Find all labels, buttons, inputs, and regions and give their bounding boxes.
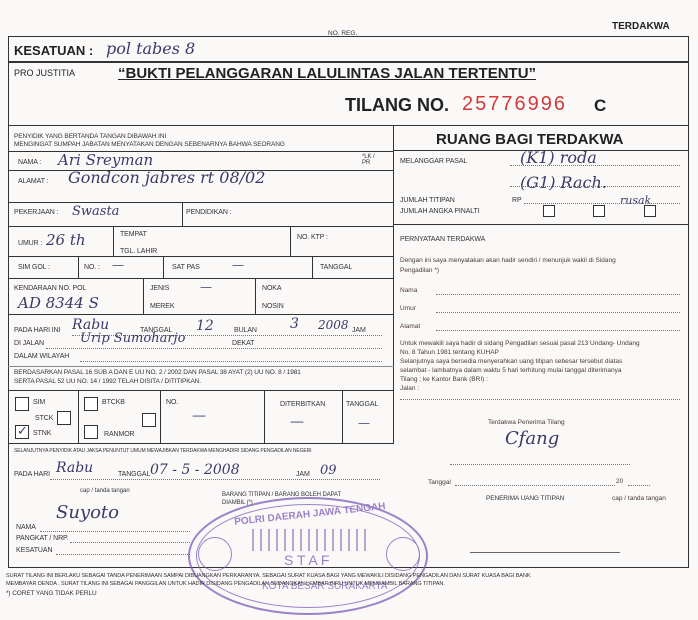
sim-no-value: — — [112, 258, 124, 272]
stamp-center-text: S T A F — [284, 552, 329, 568]
divider — [8, 61, 689, 63]
document-title: “BUKTI PELANGGARAN LALULINTAS JALAN TERT… — [118, 65, 536, 82]
wilayah-label: DALAM WILAYAH — [14, 353, 69, 360]
tanggal-label-right: Tanggal — [428, 478, 451, 487]
pro-justitia: PRO JUSTITIA — [14, 68, 75, 78]
rep-umur-label: Umur — [400, 304, 416, 313]
divider — [290, 226, 291, 256]
terdakwa-signature: Cfang — [505, 428, 559, 449]
stnk-checkbox[interactable]: ✓ — [15, 425, 29, 439]
para-line-1: Untuk mewakili saya hadir di sidang Peng… — [400, 339, 640, 348]
extra-checkbox[interactable] — [142, 413, 156, 427]
stck-checkbox[interactable] — [57, 411, 71, 425]
copy-label: TERDAKWA — [612, 21, 670, 32]
divider — [113, 226, 114, 256]
tilang-suffix: C — [594, 96, 606, 116]
stck-item-label: STCK — [35, 415, 53, 422]
titipan-line — [524, 203, 680, 204]
kendaraan-value: AD 8344 S — [18, 294, 99, 312]
sim-no-label: NO. : — [84, 264, 100, 271]
jalan-value: Urip Sumoharjo — [80, 331, 185, 346]
melanggar-value-2: (G1) Rach. — [520, 173, 607, 192]
satpas-value: — — [232, 258, 244, 272]
kesatuan-line — [56, 554, 190, 555]
sidang-tanggal-label: TANGGAL — [118, 471, 150, 478]
jumlah-titipan-label: JUMLAH TITIPAN — [400, 197, 455, 204]
kesatuan-value: pol tabes 8 — [106, 39, 195, 58]
para-line-2: No. 8 Tahun 1981 tentang KUHAP — [400, 348, 499, 357]
merek-label: MEREK — [150, 303, 174, 310]
pasal-line — [510, 186, 680, 187]
footer-note: *) CORET YANG TIDAK PERLU — [6, 590, 97, 597]
no-ktp-label: NO. KTP : — [297, 234, 328, 241]
tgl-lahir-label: TGL. LAHIR — [120, 248, 157, 255]
seized-tanggal-value: — — [358, 416, 370, 430]
cap-label: cap / tanda tangan — [80, 488, 130, 494]
seized-tanggal-label: TANGGAL — [346, 401, 378, 408]
rp-label: Rp — [512, 197, 522, 204]
bulan-value: 3 — [290, 316, 299, 332]
pangkat-label: PANGKAT / NRP. — [16, 535, 69, 542]
divider — [8, 202, 394, 203]
officer-signature: Suyoto — [56, 502, 119, 523]
tahun-value: 2008 — [318, 318, 349, 332]
stamp-bridge-icon — [252, 529, 368, 551]
sidang-tanggal-value: 07 - 5 - 2008 — [150, 462, 240, 478]
kesatuan-label: KESATUAN : — [14, 43, 93, 58]
tempat-label: TEMPAT — [120, 231, 147, 238]
oath-line-1: PENYIDIK YANG BERTANDA TANGAN DIBAWAH IN… — [14, 133, 166, 140]
pasal-line — [510, 165, 680, 166]
signature-line — [450, 464, 630, 465]
jalan-label-right: Jalan : — [400, 384, 419, 393]
tilang-label: TILANG NO. — [345, 95, 449, 116]
sim-label: SIM GOL : — [18, 264, 50, 271]
sidang-jam-value: 09 — [320, 463, 337, 478]
pendidikan-label: PENDIDIKAN : — [186, 209, 231, 216]
divider — [8, 278, 394, 279]
bank-jalan-line — [400, 399, 680, 400]
divider — [8, 256, 394, 257]
footer-line-1: SURAT TILANG INI BERLAKU SEBAGAI TANDA P… — [6, 573, 530, 579]
tanggal-value: 12 — [196, 318, 214, 334]
divider — [393, 125, 394, 443]
check-mark-icon: ✓ — [17, 423, 28, 439]
emblem-left-icon — [198, 537, 232, 571]
melanggar-label: MELANGGAR PASAL — [400, 158, 467, 165]
btckb-item-label: BTCKB — [102, 399, 125, 406]
wilayah-line — [80, 361, 382, 362]
pinalti-box-3[interactable] — [644, 205, 656, 217]
rep-umur-field[interactable] — [436, 312, 680, 313]
sidang-line — [50, 479, 380, 480]
nama-value: Ari Sreyman — [58, 151, 153, 169]
summons-text: SELANJUTNYA PENYIDIK ATAU JAKSA PENUNTUT… — [14, 448, 311, 454]
jenis-value: — — [200, 280, 212, 294]
police-stamp: POLRI DAERAH JAWA TENGAH S T A F KOTA BE… — [188, 497, 428, 615]
seized-no-value: — — [192, 408, 206, 424]
divider — [342, 390, 343, 443]
pada-hari-label: PADA HARI INI — [14, 327, 60, 334]
rep-alamat-field[interactable] — [436, 330, 680, 331]
nama-line — [40, 531, 190, 532]
rep-alamat-label: Alamat — [400, 322, 420, 331]
tanggal-line — [455, 485, 615, 486]
btckb-checkbox[interactable] — [84, 397, 98, 411]
stnk-item-label: STNK — [33, 430, 51, 437]
pinalti-box-1[interactable] — [543, 205, 555, 217]
penerima-uang-label: PENERIMA UANG TITIPAN — [486, 495, 564, 502]
nosin-label: NOSIN — [262, 303, 284, 310]
alamat-label: ALAMAT : — [18, 178, 48, 185]
sim-checkbox[interactable] — [15, 397, 29, 411]
divider — [264, 390, 265, 443]
year-prefix: 20 — [616, 477, 623, 486]
ranmor-item-label: RANMOR — [104, 431, 135, 438]
satpas-label: SAT PAS — [172, 264, 200, 271]
jenis-label: JENIS — [150, 285, 169, 292]
pinalti-box-2[interactable] — [593, 205, 605, 217]
rep-nama-label: Nama — [400, 286, 417, 295]
divider — [8, 314, 394, 315]
jalan-line — [46, 348, 382, 349]
rep-nama-field[interactable] — [436, 294, 680, 295]
para-line-4: selambat - lambatnya dalam waktu 5 hari … — [400, 366, 621, 375]
nama-label: NAMA : — [18, 159, 41, 166]
pangkat-line — [70, 542, 190, 543]
receiver-signature-line — [470, 552, 620, 553]
divider — [163, 256, 164, 278]
penerima-tilang-label: Terdakwa Penerima Tilang — [488, 418, 565, 427]
emblem-right-icon — [386, 537, 420, 571]
sidang-hari-label: PADA HARI — [14, 471, 50, 478]
divider — [8, 366, 394, 367]
umur-label: UMUR : — [18, 240, 42, 247]
bulan-label: BULAN — [234, 327, 257, 334]
sim-tanggal-label: TANGGAL — [320, 264, 352, 271]
pernyataan-label: PERNYATAAN TERDAKWA — [400, 236, 485, 243]
para-line-5: Tilang ; ke Kantor Bank (BRI) : — [400, 375, 488, 384]
divider — [394, 224, 689, 225]
divider — [160, 390, 161, 443]
diterbitkan-label: DITERBITKAN — [280, 401, 325, 408]
seized-no-label: NO. — [166, 399, 178, 406]
divider — [182, 202, 183, 226]
noka-label: NOKA — [262, 285, 281, 292]
para-line-3: Selanjutnya saya bersedia menyerahkan ua… — [400, 357, 622, 366]
pasal-line-2: SERTA PASAL 52 UU NO. 14 / 1992 TELAH DI… — [14, 378, 201, 385]
officer-kesatuan-label: KESATUAN — [16, 547, 52, 554]
sim-item-label: SIM — [33, 399, 45, 406]
gender-label: *LK / PR — [362, 154, 384, 166]
ranmor-checkbox[interactable] — [84, 425, 98, 439]
divider — [78, 390, 79, 443]
cap-ttd-label: cap / tanda tangan — [612, 494, 666, 503]
right-title: RUANG BAGI TERDAKWA — [436, 131, 624, 148]
sidang-hari-value: Rabu — [56, 460, 93, 476]
divider — [312, 256, 313, 278]
divider — [8, 443, 394, 444]
diterbitkan-value: — — [290, 414, 304, 430]
oath-line-2: MENGINGAT SUMPAH JABATAN MENYATAKAN DENG… — [14, 141, 285, 148]
kendaraan-label: KENDARAAN NO. POL — [14, 285, 86, 292]
tilang-number: 25776996 — [462, 93, 567, 116]
divider — [255, 278, 256, 314]
statement-line-1: Dengan ini saya menyatakan akan hadir se… — [400, 256, 616, 265]
divider — [8, 125, 689, 126]
officer-nama-label: NAMA — [16, 524, 36, 531]
jumlah-pinalti-label: JUMLAH ANGKA PINALTI — [400, 208, 480, 215]
dekat-label: DEKAT — [232, 340, 254, 347]
divider — [78, 256, 79, 278]
umur-value: 26 th — [46, 231, 86, 249]
alamat-value: Gondcon jabres rt 08/02 — [68, 168, 265, 187]
pasal-line-1: BERDASARKAN PASAL 16 SUB a DAN e UU NO. … — [14, 369, 301, 376]
footer-line-2: MEMBAYAR DENDA . SURAT TILANG INI SEBAGA… — [6, 581, 445, 587]
pekerjaan-value: Swasta — [72, 204, 119, 219]
divider — [143, 278, 144, 314]
jalan-label: DI JALAN — [14, 340, 44, 347]
divider — [8, 390, 394, 391]
sidang-jam-label: JAM — [296, 471, 310, 478]
pekerjaan-label: PEKERJAAN : — [14, 209, 58, 216]
jam-label: JAM — [352, 327, 366, 334]
divider — [8, 226, 394, 227]
year-line — [628, 485, 650, 486]
statement-line-2: Pengadilan *) — [400, 266, 439, 275]
